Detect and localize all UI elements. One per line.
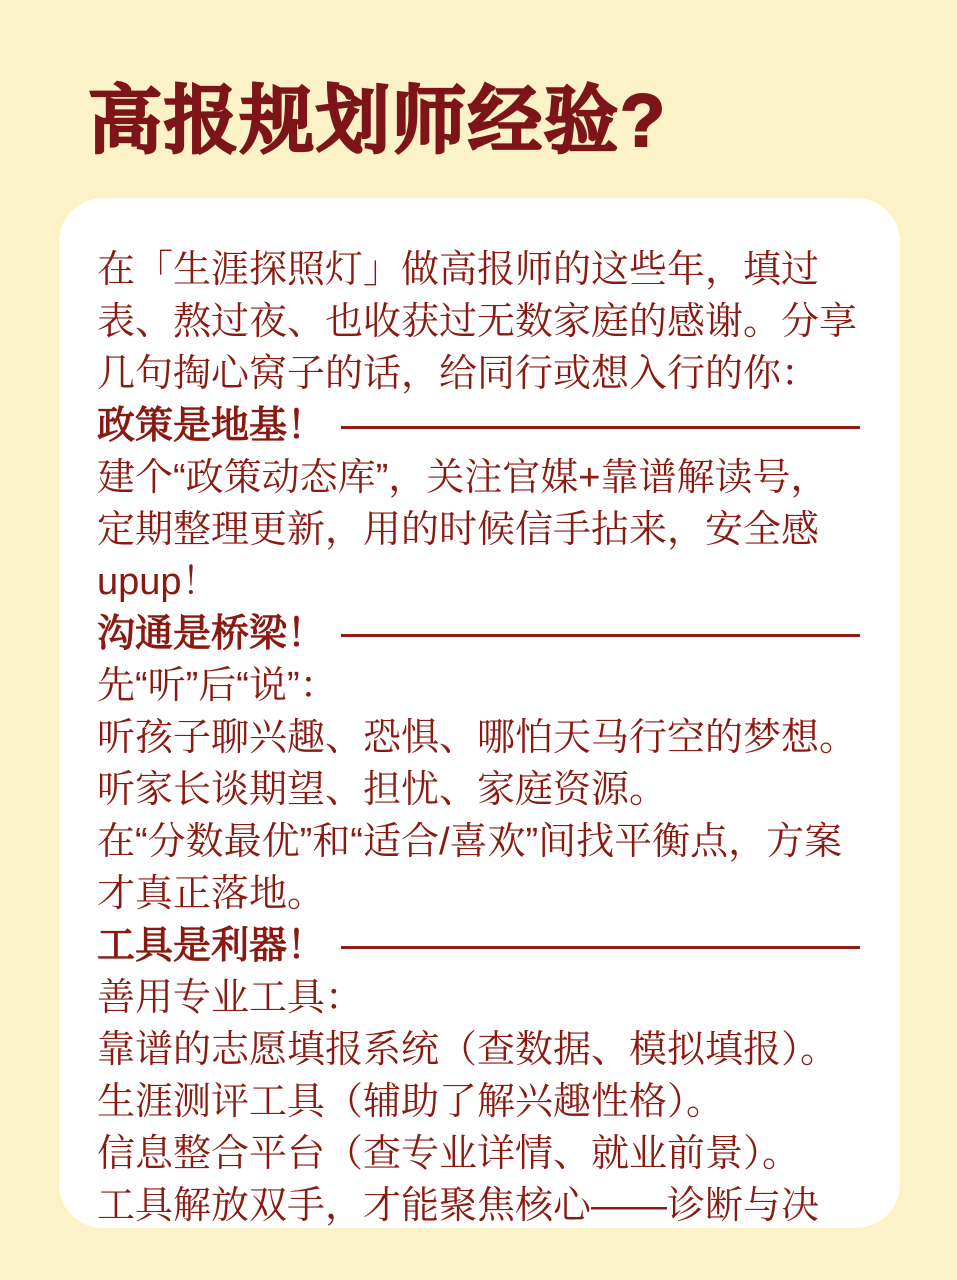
body-line: 在“分数最优”和“适合/喜欢”间找平衡点，方案才真正落地。 [97, 816, 864, 920]
section-heading: 工具是利器！ [97, 920, 325, 972]
section-divider-line [341, 426, 860, 429]
poster-page: { "theme": { "bg": "#FCF2C8", "card": "#… [0, 0, 957, 1280]
section-heading: 沟通是桥梁！ [97, 608, 325, 660]
page-title: 高报规划师经验? [0, 0, 957, 164]
advice-section: 政策是地基！ 建个“政策动态库”，关注官媒+靠谱解读号，定期整理更新，用的时候信… [97, 400, 864, 608]
body-line: 生涯测评工具（辅助了解兴趣性格）。 [97, 1076, 864, 1128]
section-lines: 善用专业工具：靠谱的志愿填报系统（查数据、模拟填报）。生涯测评工具（辅助了解兴趣… [97, 972, 864, 1228]
body-line: 听孩子聊兴趣、恐惧、哪怕天马行空的梦想。 [97, 712, 864, 764]
section-heading: 政策是地基！ [97, 400, 325, 452]
sections-container: 政策是地基！ 建个“政策动态库”，关注官媒+靠谱解读号，定期整理更新，用的时候信… [97, 400, 864, 1228]
intro-paragraph: 在「生涯探照灯」做高报师的这些年，填过表、熬过夜、也收获过无数家庭的感谢。分享几… [97, 244, 864, 400]
body-line: 靠谱的志愿填报系统（查数据、模拟填报）。 [97, 1024, 864, 1076]
advice-section: 工具是利器！ 善用专业工具：靠谱的志愿填报系统（查数据、模拟填报）。生涯测评工具… [97, 920, 864, 1228]
body-line: 善用专业工具： [97, 972, 864, 1024]
section-divider-line [341, 634, 860, 637]
content-card: 在「生涯探照灯」做高报师的这些年，填过表、熬过夜、也收获过无数家庭的感谢。分享几… [59, 198, 900, 1228]
advice-section: 沟通是桥梁！ 先“听”后“说”：听孩子聊兴趣、恐惧、哪怕天马行空的梦想。听家长谈… [97, 608, 864, 920]
section-lines: 先“听”后“说”：听孩子聊兴趣、恐惧、哪怕天马行空的梦想。听家长谈期望、担忧、家… [97, 660, 864, 920]
section-divider-line [341, 946, 860, 949]
section-heading-row: 政策是地基！ [97, 400, 864, 452]
section-heading-row: 工具是利器！ [97, 920, 864, 972]
body-line: 信息整合平台（查专业详情、就业前景）。 [97, 1128, 864, 1180]
section-lines: 建个“政策动态库”，关注官媒+靠谱解读号，定期整理更新，用的时候信手拈来，安全感… [97, 452, 864, 608]
body-line: 听家长谈期望、担忧、家庭资源。 [97, 764, 864, 816]
body-line: 先“听”后“说”： [97, 660, 864, 712]
section-heading-row: 沟通是桥梁！ [97, 608, 864, 660]
body-line: 建个“政策动态库”，关注官媒+靠谱解读号，定期整理更新，用的时候信手拈来，安全感… [97, 452, 864, 608]
body-line: 工具解放双手，才能聚焦核心——诊断与决策！ [97, 1180, 864, 1228]
